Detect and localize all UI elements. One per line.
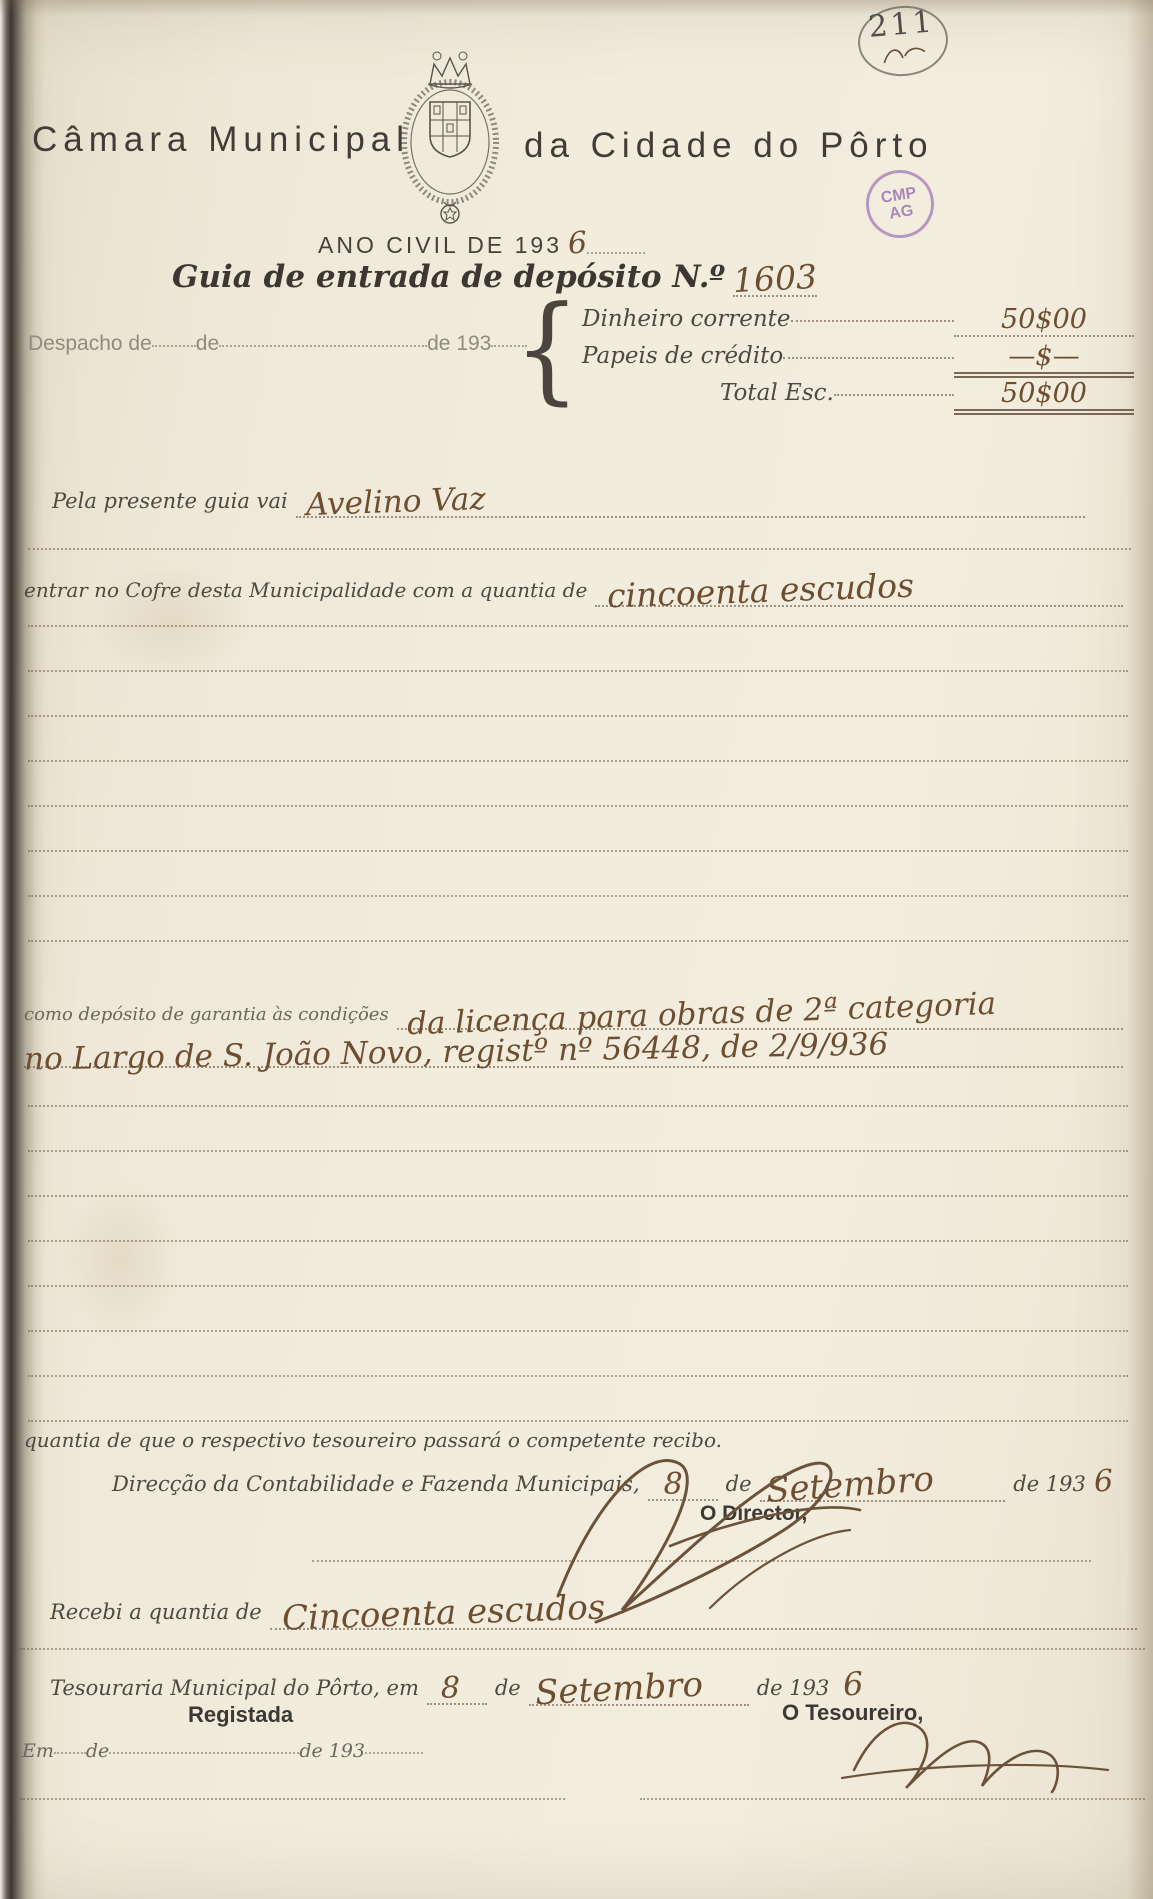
depositor-name: Avelino Vaz [305,481,486,523]
civil-year-blank [587,252,645,254]
stamp-initials-scribble [876,40,932,67]
civil-year-label: ANO CIVIL DE 193 [318,232,562,259]
amount-row-total: Total Esc. 50$00 [582,376,1134,413]
form-title-line: Guia de entrada de depósito N.º 1603 [172,256,817,297]
depositor-label: Pela presente guia vai [52,489,288,513]
registry-number-stamp: 211 [855,2,951,80]
despacho-label-3: de 193 [427,332,491,356]
ruled-line [28,625,1128,627]
ruled-line [640,1798,1145,1800]
page-top-edge [0,0,1153,16]
total-value: 50$00 [954,378,1134,415]
ruled-line [28,895,1128,897]
papeis-label: Papeis de crédito [582,343,783,369]
ruled-line [28,715,1128,717]
amounts-brace: { [514,290,580,406]
depositor-line: Pela presente guia vai Avelino Vaz [52,480,1085,518]
despacho-label-2: de [196,332,219,356]
em-label: Em [22,1740,54,1762]
received-line: Recebi a quantia de Cincoenta escudos [50,1588,1137,1630]
registada-label: Registada [188,1702,293,1728]
amount-words-value: cincoenta escudos [607,566,915,616]
registration-date-line: Em de de 193 [22,1740,442,1762]
guarantee-label: como depósito de garantia às condições [24,1004,389,1025]
ruled-line [20,1648,1145,1650]
dinheiro-value: 50$00 [954,304,1134,337]
direccao-year-prefix: de 193 [1013,1472,1086,1496]
paper-stain [60,1180,180,1340]
ruled-line [28,805,1128,807]
treasury-month: Setembro [534,1665,704,1714]
cmp-stamp-line2: AG [888,202,914,223]
dinheiro-label: Dinheiro corrente [582,306,791,332]
ruled-line [28,850,1128,852]
ruled-line [28,1330,1128,1332]
guarantee-text-2: no Largo de S. João Novo, registº nº 564… [24,1026,889,1077]
ruled-line [312,1560,1091,1562]
amount-row-papeis: Papeis de crédito —$— [582,339,1134,376]
cmp-ag-stamp: CMP AG [861,165,939,243]
guarantee-line-2: no Largo de S. João Novo, registº nº 564… [24,1030,1123,1068]
ruled-line [28,940,1128,942]
ruled-line [28,1420,1128,1422]
despacho-label-1: Despacho de [28,332,152,356]
received-label: Recebi a quantia de [50,1600,262,1624]
document-page: 211 Câmara Municipal da Cidade do Pôrto … [0,0,1153,1899]
treasury-year-prefix: de 193 [757,1676,830,1700]
org-name-left: Câmara Municipal [32,120,410,160]
treasury-label: Tesouraria Municipal do Pôrto, em [50,1676,419,1700]
ruled-line [20,1798,565,1800]
amount-row-dinheiro: Dinheiro corrente 50$00 [582,302,1134,339]
direccao-year: 6 [1093,1464,1114,1500]
registry-number: 211 [857,4,946,45]
form-title: Guia de entrada de depósito N.º [172,259,725,295]
ruled-line [28,1195,1128,1197]
treasurer-signature [836,1698,1116,1808]
binding-edge [0,0,46,1899]
amount-words-label: entrar no Cofre desta Municipalidade com… [24,578,587,602]
ruled-line [28,670,1128,672]
guarantee-line-1: como depósito de garantia às condições d… [24,992,1123,1030]
ruled-line [28,1240,1128,1242]
coat-of-arms [392,50,508,230]
ruled-line [28,1285,1128,1287]
amount-words-line: entrar no Cofre desta Municipalidade com… [24,566,1123,607]
ruled-line [28,1375,1128,1377]
treasury-day: 8 [441,1671,460,1706]
de-word: de [495,1676,521,1700]
ruled-line [28,548,1131,550]
papeis-value: —$— [954,341,1134,378]
total-label: Total Esc. [720,380,834,406]
ruled-line [28,1105,1128,1107]
em-de: de [86,1740,109,1762]
ruled-line [28,760,1128,762]
amounts-block: Dinheiro corrente 50$00 Papeis de crédit… [582,302,1134,413]
form-number: 1603 [732,257,818,300]
em-year-prefix: de 193 [299,1740,365,1762]
ruled-line [28,1150,1128,1152]
org-name-right: da Cidade do Pôrto [524,126,934,166]
despacho-line: Despacho de de de 193 [28,332,528,356]
